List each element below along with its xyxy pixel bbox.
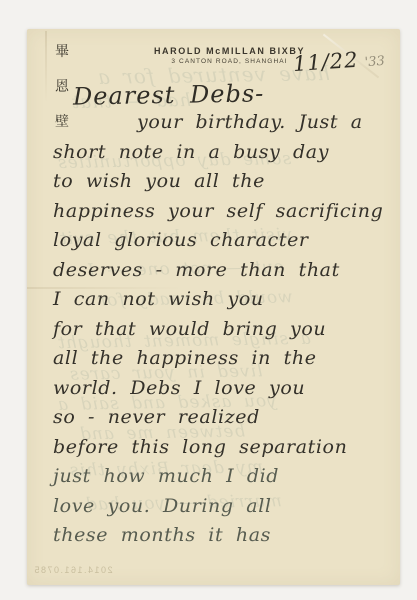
letter-line: I can not wish you <box>53 288 394 318</box>
letter-line: to wish you all the <box>53 170 394 200</box>
letter-line: your birthday. Just a <box>53 111 394 141</box>
chinese-character: 畢 <box>53 45 71 59</box>
date-main: 11/22 <box>292 48 359 77</box>
letter-body: your birthday. Just ashort note in a bus… <box>53 111 394 554</box>
date-year: '33 <box>364 54 385 70</box>
letterhead: HAROLD McMILLAN BIXBY 3 CANTON ROAD, SHA… <box>154 46 305 65</box>
letter-paper: have ventured for ahad — thatsome day op… <box>27 29 400 585</box>
letter-line: so - never realized <box>53 406 394 436</box>
letter-line: short note in a busy day <box>53 141 394 171</box>
accession-number: 2014.161.0785 <box>33 565 113 575</box>
letter-line: just how much I did <box>53 465 394 495</box>
letterhead-address: 3 CANTON ROAD, SHANGHAI <box>154 58 305 65</box>
letter-line: loyal glorious character <box>53 229 394 259</box>
letter-line: for that would bring you <box>53 318 394 348</box>
letterhead-name: HAROLD McMILLAN BIXBY <box>154 46 305 56</box>
paper-crease-vertical <box>45 31 47 103</box>
letter-line: deserves - more than that <box>53 259 394 289</box>
letter-line: all the happiness in the <box>53 347 394 377</box>
letter-line: world. Debs I love you <box>53 377 394 407</box>
letter-line: before this long separation <box>53 436 394 466</box>
chinese-character: 恩 <box>53 80 71 94</box>
letter-line: these months it has <box>53 524 394 554</box>
letter-line: love you. During all <box>53 495 394 525</box>
salutation: Dearest Debs- <box>73 79 265 110</box>
letter-line: happiness your self sacrificing <box>53 200 394 230</box>
